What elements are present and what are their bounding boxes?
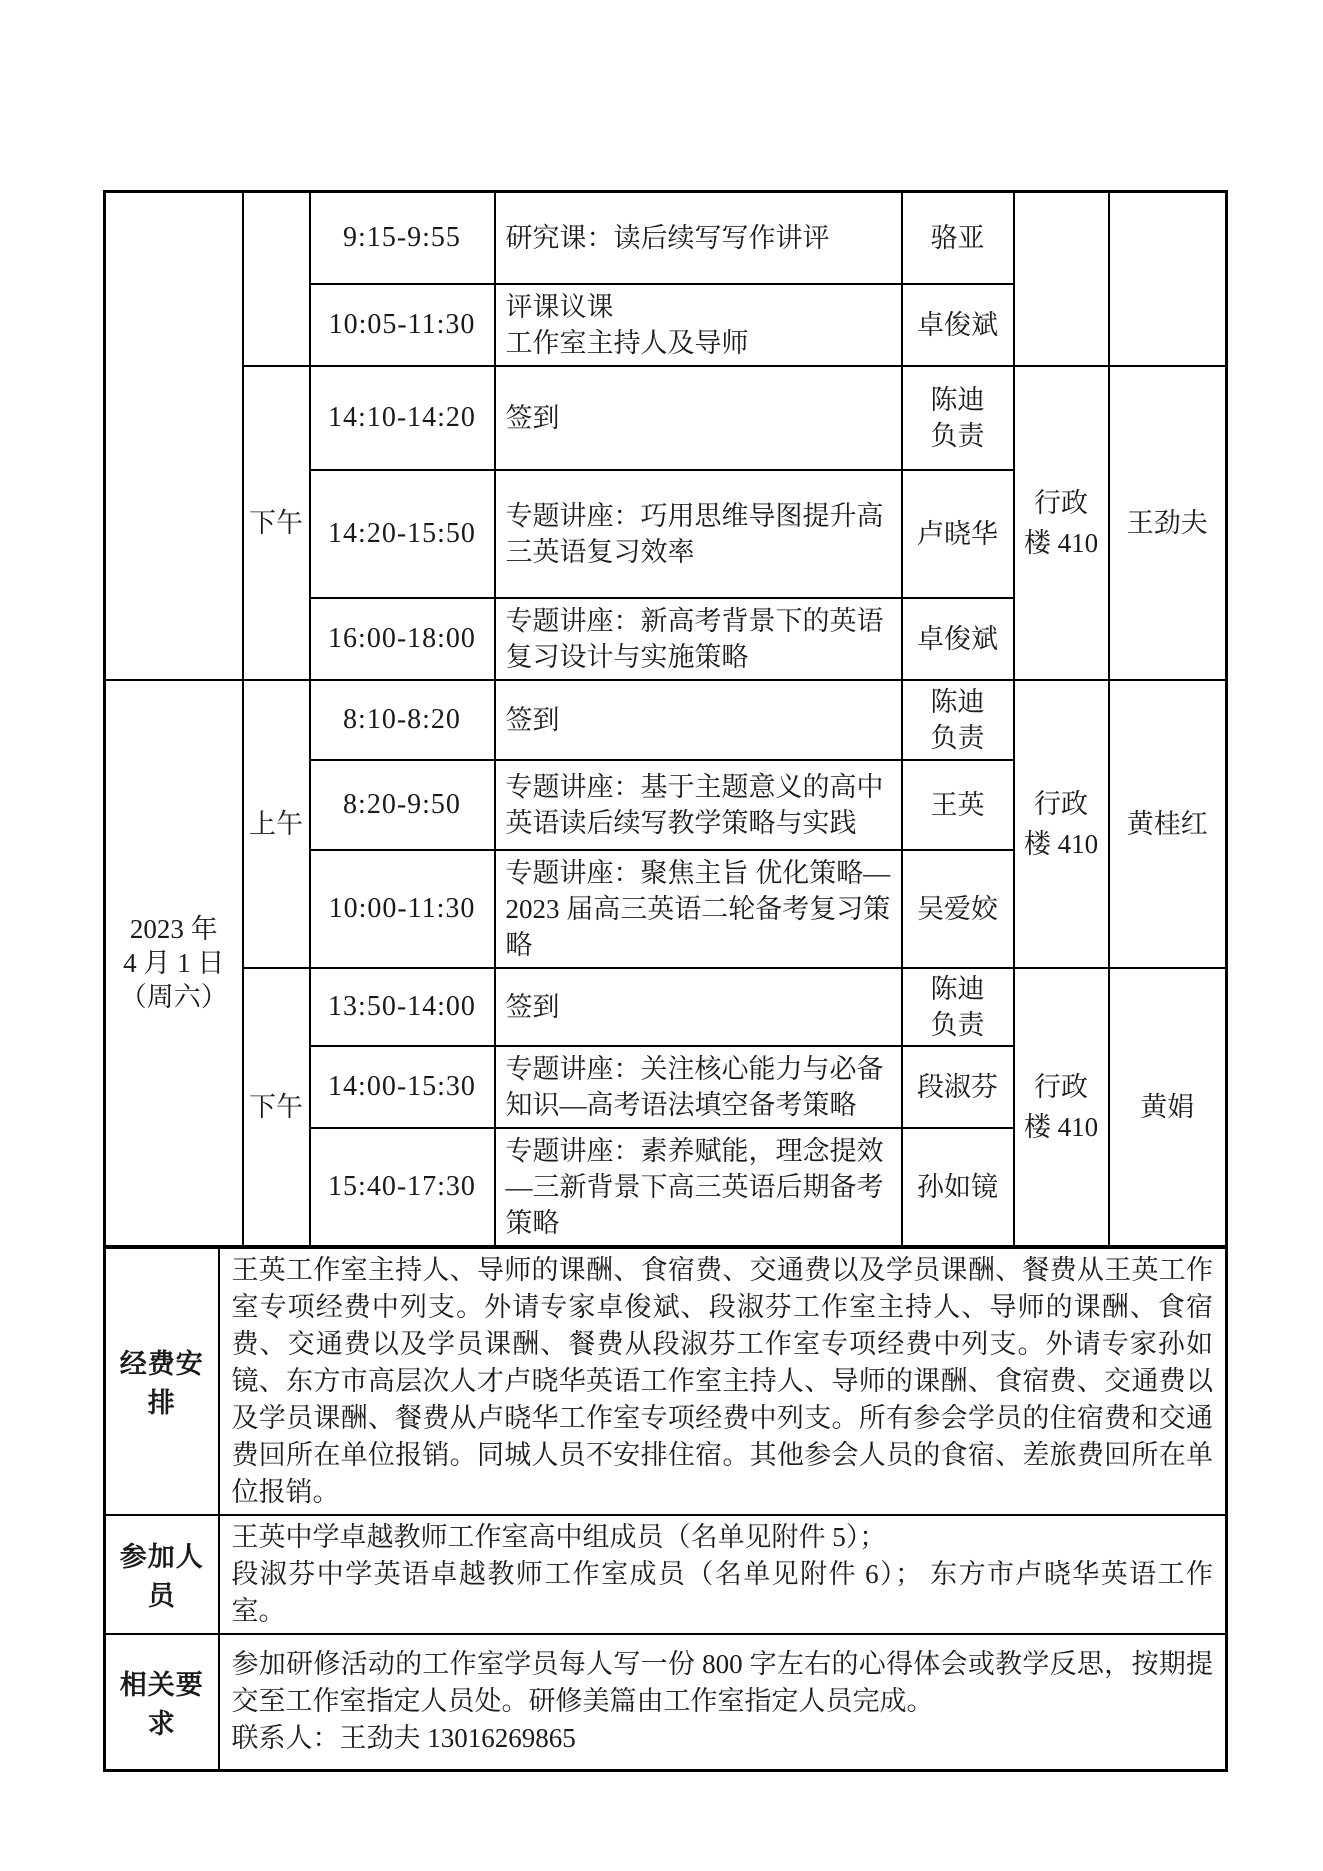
location-cell-day2-am: 行政 楼 410 [1014, 680, 1109, 968]
speaker-cell: 卓俊斌 [902, 598, 1014, 680]
schedule-table-wrap: 9:15-9:55 研究课：读后续写写作讲评 骆亚 10:05-11:30 评课… [103, 190, 1225, 1772]
time-cell: 13:50-14:00 [310, 968, 495, 1046]
speaker-cell: 骆亚 [902, 192, 1014, 284]
time-cell: 8:10-8:20 [310, 680, 495, 760]
time-cell: 16:00-18:00 [310, 598, 495, 680]
speaker-cell: 陈迪 负责 [902, 968, 1014, 1046]
activity-cell: 专题讲座：巧用思维导图提升高 三英语复习效率 [495, 470, 902, 598]
host-cell-day2-am: 黄桂红 [1109, 680, 1227, 968]
activity-cell: 专题讲座：基于主题意义的高中 英语读后续写教学策略与实践 [495, 760, 902, 850]
speaker-cell: 王英 [902, 760, 1014, 850]
footer-label-requirements: 相关要求 [105, 1634, 219, 1771]
table-row: 下午 13:50-14:00 签到 陈迪 负责 行政 楼 410 黄娟 [105, 968, 1227, 1046]
ampm-cell-day1-pm: 下午 [243, 366, 310, 680]
table-row: 2023 年 4 月 1 日 （周六） 上午 8:10-8:20 签到 陈迪 负… [105, 680, 1227, 760]
speaker-cell: 卓俊斌 [902, 284, 1014, 366]
speaker-cell: 陈迪 负责 [902, 366, 1014, 470]
location-cell-day2-pm: 行政 楼 410 [1014, 968, 1109, 1247]
ampm-cell-day2-pm: 下午 [243, 968, 310, 1247]
time-cell: 9:15-9:55 [310, 192, 495, 284]
schedule-table: 9:15-9:55 研究课：读后续写写作讲评 骆亚 10:05-11:30 评课… [103, 190, 1228, 1248]
empty-location-cell [1014, 192, 1109, 366]
activity-cell: 签到 [495, 366, 902, 470]
host-cell-day2-pm: 黄娟 [1109, 968, 1227, 1247]
footer-text-requirements: 参加研修活动的工作室学员每人写一份 800 字左右的心得体会或教学反思，按期提交… [219, 1634, 1227, 1771]
speaker-cell: 孙如镜 [902, 1128, 1014, 1247]
speaker-cell: 陈迪 负责 [902, 680, 1014, 760]
footer-label-participants: 参加人员 [105, 1515, 219, 1634]
activity-cell: 专题讲座：新高考背景下的英语 复习设计与实施策略 [495, 598, 902, 680]
empty-date-cell [105, 192, 243, 680]
footer-text-budget: 王英工作室主持人、导师的课酬、食宿费、交通费以及学员课酬、餐费从王英工作室专项经… [219, 1247, 1227, 1515]
time-cell: 15:40-17:30 [310, 1128, 495, 1247]
activity-cell: 研究课：读后续写写作讲评 [495, 192, 902, 284]
ampm-cell-day2-am: 上午 [243, 680, 310, 968]
activity-cell: 签到 [495, 968, 902, 1046]
host-cell-day1-pm: 王劲夫 [1109, 366, 1227, 680]
speaker-cell: 吴爱姣 [902, 850, 1014, 968]
activity-cell: 专题讲座：关注核心能力与必备 知识—高考语法填空备考策略 [495, 1046, 902, 1128]
time-cell: 10:05-11:30 [310, 284, 495, 366]
date-cell-day2: 2023 年 4 月 1 日 （周六） [105, 680, 243, 1247]
time-cell: 8:20-9:50 [310, 760, 495, 850]
activity-cell: 专题讲座：聚焦主旨 优化策略— 2023 届高三英语二轮备考复习策 略 [495, 850, 902, 968]
location-cell-day1-pm: 行政 楼 410 [1014, 366, 1109, 680]
table-row: 经费安排 王英工作室主持人、导师的课酬、食宿费、交通费以及学员课酬、餐费从王英工… [105, 1247, 1227, 1515]
activity-cell: 签到 [495, 680, 902, 760]
speaker-cell: 卢晓华 [902, 470, 1014, 598]
activity-cell: 专题讲座：素养赋能，理念提效 —三新背景下高三英语后期备考 策略 [495, 1128, 902, 1247]
time-cell: 10:00-11:30 [310, 850, 495, 968]
time-cell: 14:00-15:30 [310, 1046, 495, 1128]
table-row: 9:15-9:55 研究课：读后续写写作讲评 骆亚 [105, 192, 1227, 284]
table-row: 下午 14:10-14:20 签到 陈迪 负责 行政 楼 410 王劲夫 [105, 366, 1227, 470]
document-page: 9:15-9:55 研究课：读后续写写作讲评 骆亚 10:05-11:30 评课… [0, 0, 1323, 1871]
activity-cell: 评课议课 工作室主持人及导师 [495, 284, 902, 366]
time-cell: 14:20-15:50 [310, 470, 495, 598]
footer-text-participants: 王英中学卓越教师工作室高中组成员（名单见附件 5）； 段淑芬中学英语卓越教师工作… [219, 1515, 1227, 1634]
time-cell: 14:10-14:20 [310, 366, 495, 470]
footer-table: 经费安排 王英工作室主持人、导师的课酬、食宿费、交通费以及学员课酬、餐费从王英工… [103, 1246, 1228, 1773]
speaker-cell: 段淑芬 [902, 1046, 1014, 1128]
table-row: 参加人员 王英中学卓越教师工作室高中组成员（名单见附件 5）； 段淑芬中学英语卓… [105, 1515, 1227, 1634]
table-row: 相关要求 参加研修活动的工作室学员每人写一份 800 字左右的心得体会或教学反思… [105, 1634, 1227, 1771]
empty-host-cell [1109, 192, 1227, 366]
footer-label-budget: 经费安排 [105, 1247, 219, 1515]
empty-ampm-cell [243, 192, 310, 366]
